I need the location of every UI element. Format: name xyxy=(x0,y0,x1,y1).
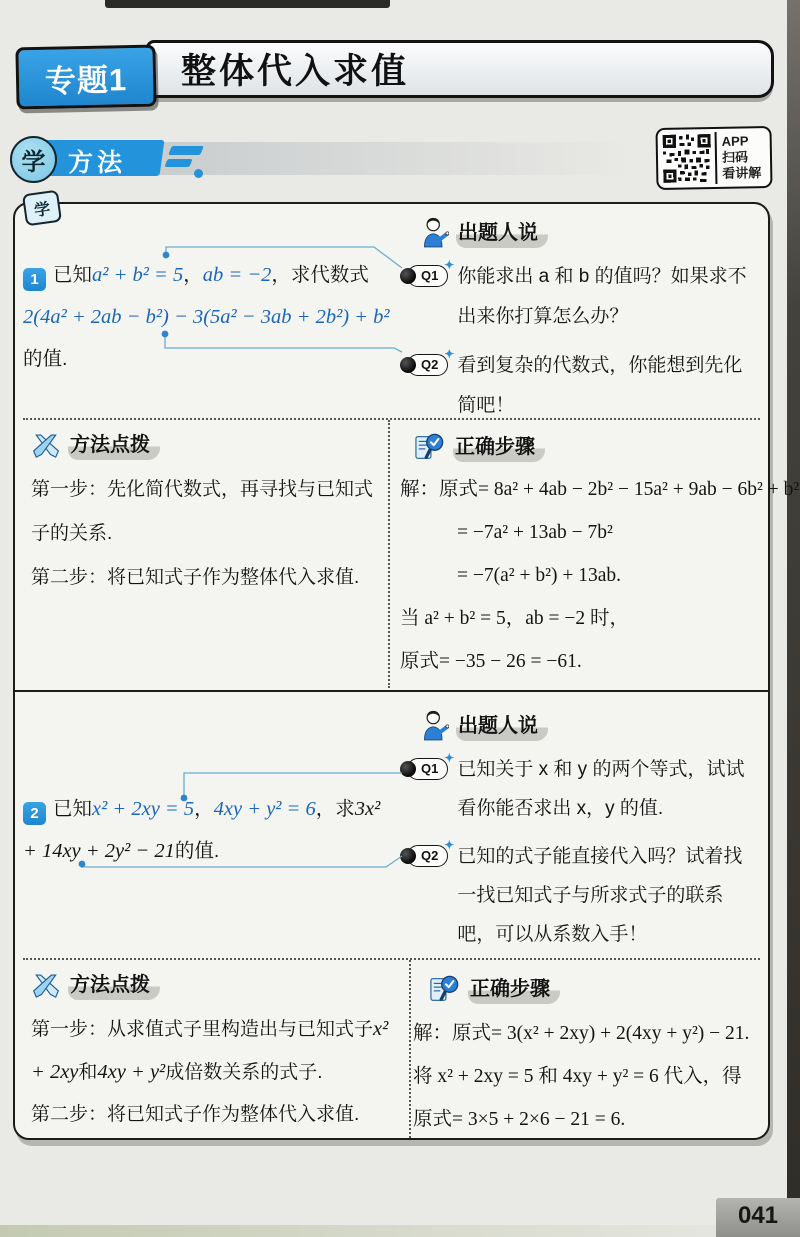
steps-1-header: 正确步骤 xyxy=(400,430,762,462)
topic-badge: 专题1 xyxy=(15,45,156,110)
bomb-icon xyxy=(400,268,416,284)
asker-panel-1: 出题人说 Q1 ✦ 你能求出 a 和 b 的值吗？如果求不出来你打算怎么办？ Q… xyxy=(407,216,759,426)
solution-line: 将 x² + 2xy = 5 和 4xy + y² = 6 代入，得 xyxy=(413,1055,758,1098)
photo-top-strip xyxy=(105,0,390,8)
solution-line: = −7a² + 13ab − 7b² xyxy=(400,511,762,554)
dotted-divider xyxy=(23,418,760,420)
q2-text: 已知的式子能直接代入吗？试着找一找已知式子与所求式子的联系吧，可以从系数入手！ xyxy=(457,837,761,954)
spark-icon: ✦ xyxy=(444,749,454,768)
asker-panel-2: 出题人说 Q1 ✦ 已知关于 x 和 y 的两个等式，试试看你能否求出 x，y … xyxy=(407,709,761,954)
problem-1-number-badge: 1 xyxy=(23,268,46,291)
solution-line: 解：原式= 3(x² + 2xy) + 2(4xy + y²) − 21. xyxy=(413,1012,758,1055)
method-panel-1: 方法点拨 第一步：先化简代数式，再寻找与已知式子的关系. 第二步：将已知式子作为… xyxy=(31,428,383,600)
photo-bottom-tint xyxy=(0,1225,720,1237)
problem-2-mid: ，求 xyxy=(316,798,355,820)
steps-panel-2: 正确步骤 解：原式= 3(x² + 2xy) + 2(4xy + y²) − 2… xyxy=(413,972,758,1141)
steps-1-title: 正确步骤 xyxy=(453,430,545,462)
magnifier-check-icon xyxy=(429,974,461,1004)
steps-2-title: 正确步骤 xyxy=(468,972,560,1004)
page-title: 整体代入求值 xyxy=(181,44,409,94)
solution-line: 原式= 3×5 + 2×6 − 21 = 6. xyxy=(413,1098,758,1141)
dotted-divider xyxy=(23,958,760,960)
method-banner-label: 方法 xyxy=(68,143,126,179)
study-tag: 学 xyxy=(22,190,62,227)
problem-1-given-2: ab = −2 xyxy=(203,264,272,286)
banner-deco-bar xyxy=(168,146,204,155)
qr-caption: APP 扫码 看讲解 xyxy=(717,133,762,182)
solution-line: = −7(a² + b²) + 13ab. xyxy=(400,554,762,597)
problem-2-number-badge: 2 xyxy=(23,802,46,825)
method-2-step-1: 第一步：从求值式子里构造出与已知式子x² + 2xy和4xy + y²成倍数关系… xyxy=(31,1008,393,1094)
block-divider xyxy=(15,690,768,692)
steps-panel-1: 正确步骤 解：原式= 8a² + 4ab − 2b² − 15a² + 9ab … xyxy=(400,430,762,683)
steps-2-header: 正确步骤 xyxy=(413,972,758,1004)
question-row: Q2 ✦ 看到复杂的代数式，你能想到先化简吧！ xyxy=(407,346,759,426)
book-edge-shadow xyxy=(787,0,800,1237)
question-row: Q1 ✦ 你能求出 a 和 b 的值吗？如果求不出来你打算怎么办？ xyxy=(407,257,759,337)
method-2-step-1-post: 成倍数关系的式子. xyxy=(165,1062,322,1083)
q2-text: 看到复杂的代数式，你能想到先化简吧！ xyxy=(457,346,759,426)
qr-caption-line: APP xyxy=(722,133,761,150)
crossed-pencils-icon xyxy=(31,433,61,460)
solution-line: 原式= −35 − 26 = −61. xyxy=(400,640,762,683)
method-2-step-1-math-2: 4xy + y² xyxy=(97,1061,165,1083)
asker-1-title: 出题人说 xyxy=(456,216,548,248)
q2-label: Q2 xyxy=(421,357,438,372)
problem-2-post: 的值. xyxy=(175,840,219,862)
dotted-vertical-divider xyxy=(409,960,411,1138)
page-number: 041 xyxy=(716,1198,800,1237)
problem-1-mid: ，求代数式 xyxy=(271,264,369,286)
asker-2-title: 出题人说 xyxy=(456,709,548,741)
bomb-icon xyxy=(400,761,416,777)
problem-1-expression: 2(4a² + 2ab − b²) − 3(5a² − 3ab + 2b²) +… xyxy=(23,306,390,328)
spark-icon: ✦ xyxy=(444,836,454,855)
q2-label: Q2 xyxy=(421,848,438,863)
qr-code-icon xyxy=(663,134,712,183)
q1-text: 已知关于 x 和 y 的两个等式，试试看你能否求出 x，y 的值. xyxy=(457,750,761,828)
method-1-step-2: 第二步：将已知式子作为整体代入求值. xyxy=(31,556,383,600)
method-1-header: 方法点拨 xyxy=(31,428,383,460)
spark-icon: ✦ xyxy=(444,345,454,364)
problem-1-statement: 1已知a² + b² = 5，ab = −2，求代数式 2(4a² + 2ab … xyxy=(23,254,393,380)
study-box: 1已知a² + b² = 5，ab = −2，求代数式 2(4a² + 2ab … xyxy=(13,202,770,1140)
person-icon xyxy=(421,216,449,248)
solution-line: 当 a² + b² = 5，ab = −2 时， xyxy=(400,597,762,640)
method-2-title: 方法点拨 xyxy=(68,968,160,1000)
crossed-pencils-icon xyxy=(31,973,61,1000)
asker-1-header: 出题人说 xyxy=(407,216,759,248)
q1-badge: Q1 ✦ xyxy=(407,758,448,780)
magnifier-check-icon xyxy=(414,432,446,462)
chapter-title-bar: 整体代入求值 xyxy=(146,40,774,98)
problem-1-separator: ， xyxy=(183,264,203,286)
qr-caption-line: 扫码 xyxy=(722,149,761,166)
q1-label: Q1 xyxy=(421,761,438,776)
q2-badge: Q2 ✦ xyxy=(407,845,448,867)
learn-circle-badge: 学 xyxy=(10,136,57,183)
question-row: Q1 ✦ 已知关于 x 和 y 的两个等式，试试看你能否求出 x，y 的值. xyxy=(407,750,761,828)
banner-deco-dot xyxy=(194,169,203,178)
bomb-icon xyxy=(400,848,416,864)
problem-2-statement: 2已知x² + 2xy = 5，4xy + y² = 6，求3x² + 14xy… xyxy=(23,788,395,872)
person-icon xyxy=(421,709,449,741)
q1-label: Q1 xyxy=(421,268,438,283)
question-row: Q2 ✦ 已知的式子能直接代入吗？试着找一找已知式子与所求式子的联系吧，可以从系… xyxy=(407,837,761,954)
method-1-step-1: 第一步：先化简代数式，再寻找与已知式子的关系. xyxy=(31,468,383,556)
problem-2-given-2: 4xy + y² = 6 xyxy=(214,798,316,820)
method-2-header: 方法点拨 xyxy=(31,968,393,1000)
bomb-icon xyxy=(400,357,416,373)
dotted-vertical-divider xyxy=(388,420,390,688)
problem-1-given-1: a² + b² = 5 xyxy=(92,264,183,286)
asker-2-header: 出题人说 xyxy=(407,709,761,741)
problem-1-post: 的值. xyxy=(23,348,67,370)
method-2-step-1-mid: 和 xyxy=(78,1062,97,1083)
method-2-step-2: 第二步：将已知式子作为整体代入求值. xyxy=(31,1094,393,1136)
problem-2-pre: 已知 xyxy=(53,798,92,820)
qr-panel: APP 扫码 看讲解 xyxy=(655,126,772,190)
q1-text: 你能求出 a 和 b 的值吗？如果求不出来你打算怎么办？ xyxy=(457,257,759,337)
solution-line: 解：原式= 8a² + 4ab − 2b² − 15a² + 9ab − 6b²… xyxy=(400,468,762,511)
q1-badge: Q1 ✦ xyxy=(407,265,448,287)
problem-2-given-1: x² + 2xy = 5 xyxy=(92,798,194,820)
textbook-page: 整体代入求值 专题1 方法 学 xyxy=(0,0,800,1237)
problem-2-separator: ， xyxy=(194,798,214,820)
method-1-title: 方法点拨 xyxy=(68,428,160,460)
qr-caption-line: 看讲解 xyxy=(722,165,761,182)
spark-icon: ✦ xyxy=(444,256,454,275)
problem-1-pre: 已知 xyxy=(53,264,92,286)
method-panel-2: 方法点拨 第一步：从求值式子里构造出与已知式子x² + 2xy和4xy + y²… xyxy=(31,968,393,1136)
q2-badge: Q2 ✦ xyxy=(407,354,448,376)
method-2-step-1-pre: 第一步：从求值式子里构造出与已知式子 xyxy=(31,1019,373,1040)
banner-deco-bar xyxy=(164,159,192,167)
